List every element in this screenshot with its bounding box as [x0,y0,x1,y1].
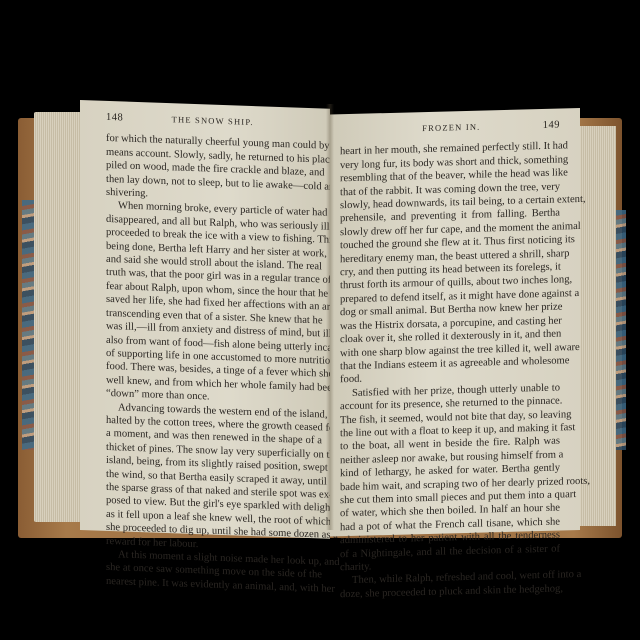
left-page-number: 148 [106,111,123,125]
right-page: FROZEN IN. 149 heart in her mouth, she r… [330,108,580,537]
book-gutter [326,104,334,530]
right-page-body: heart in her mouth, she remained perfect… [340,140,560,602]
left-running-head: 148 THE SNOW SHIP. [106,111,322,132]
left-page-body: for which the naturally cheerful young m… [106,132,322,595]
right-running-head: FROZEN IN. 149 [340,119,560,138]
page-edges-right [578,126,616,526]
left-running-title: THE SNOW SHIP. [172,113,254,129]
left-page: 148 THE SNOW SHIP. for which the natural… [80,100,330,539]
right-page-number: 149 [543,119,560,133]
page-edges-left [34,112,82,522]
right-running-title: FROZEN IN. [422,121,480,136]
